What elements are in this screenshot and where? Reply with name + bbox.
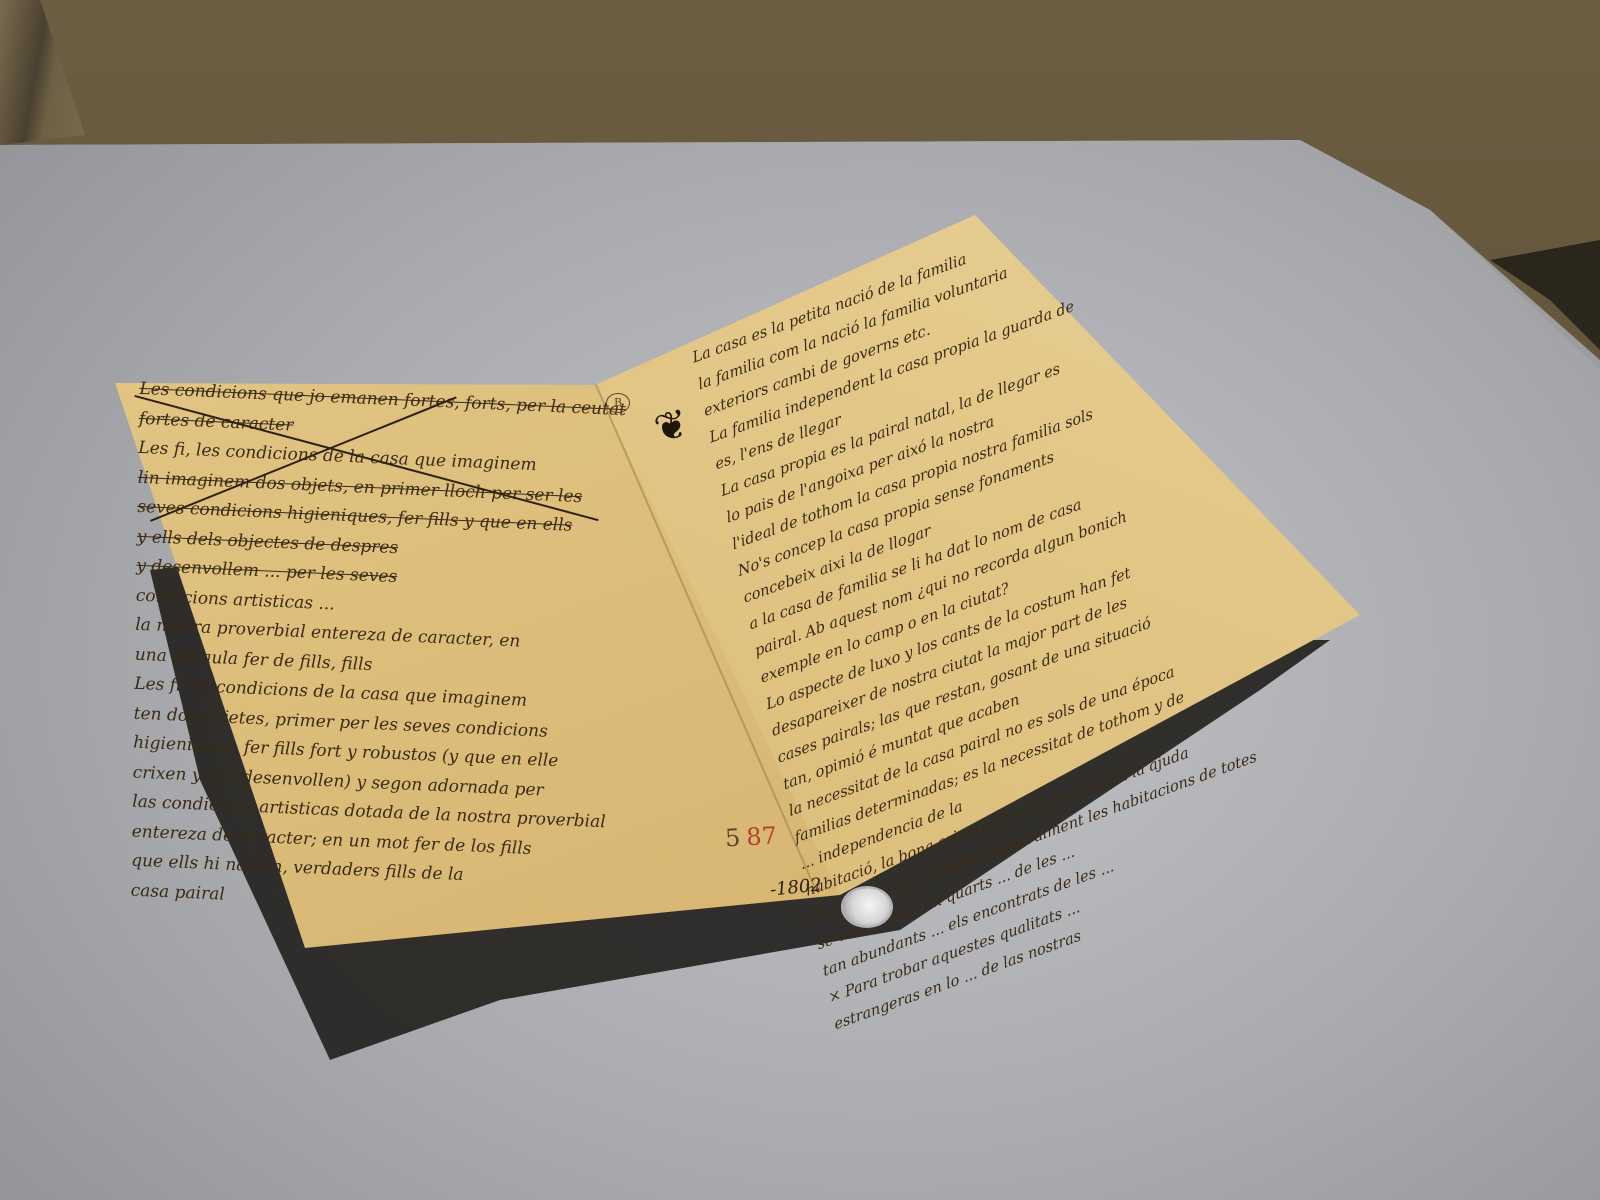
museum-display-scene: Les condicions que jo emanen fortes, for… (0, 0, 1600, 1200)
catalog-number: 587 (724, 822, 777, 853)
catalog-number-black: 5 (724, 824, 741, 853)
circled-page-mark: B (606, 393, 630, 413)
catalog-number-red: 87 (746, 822, 778, 852)
display-pin-icon (843, 888, 891, 926)
